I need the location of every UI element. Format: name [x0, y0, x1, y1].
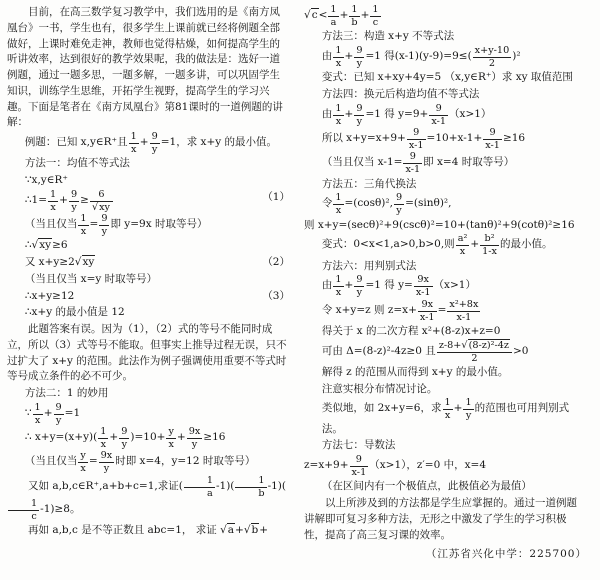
fraction: 1a	[328, 5, 338, 28]
fraction: 1b	[349, 5, 359, 28]
text-line: 则 x+y=(secθ)²+9(cscθ)²=10+(tanθ)²+9(cotθ…	[304, 218, 587, 234]
text-line: 令 x+y=z 则 z=x+9xx-1=x²+8xx-1	[322, 300, 587, 323]
text-line: 此题答案有误。因为（1），（2）式的等号不能同时成立，所以（3）式等号不能取。但…	[7, 322, 290, 385]
fraction: x+y-102	[473, 46, 512, 69]
fraction: 1a	[184, 476, 215, 499]
fraction: 9y	[150, 132, 160, 155]
text-line: （当且仅当 x=y 时取等号）	[25, 272, 290, 288]
fraction: 1x	[333, 104, 343, 127]
fraction: yx	[166, 427, 175, 450]
text-line: 又如 a,b,c∈R⁺,a+b+c=1,求证(1a-1)(1b-1)(1c-1)…	[7, 476, 290, 523]
text-line: ∵x,y∈R⁺	[25, 173, 290, 189]
fraction: 9xy	[99, 451, 115, 474]
fraction: 9xx-1	[418, 300, 437, 323]
text-line: 方法七：导数法	[322, 438, 587, 454]
fraction: 1c	[370, 5, 380, 28]
fraction: 9xx-1	[414, 275, 433, 298]
radicand: b	[251, 523, 260, 536]
fraction: yx	[78, 451, 87, 474]
text-line: 方法五：三角代换法	[322, 177, 587, 193]
fraction: 9y	[54, 403, 64, 426]
fraction: 9y	[99, 214, 109, 237]
fraction: 1x	[33, 403, 43, 426]
fraction: 1x	[443, 398, 453, 421]
text-line: z=x+9+9x-1（x>1），z′=0 中，x=4	[304, 455, 587, 478]
equation-tag: （3）	[262, 289, 290, 305]
text-line: 可由 Δ=(8-z)²-4z≥0 且z-8+√(8-z)²-4z2>0	[322, 341, 587, 364]
text-line: √c<1a+1b+1c	[304, 5, 587, 28]
text-line: 变式：0<x<1,a>0,b>0,则a²x+b²1-x的最小值。	[322, 234, 587, 257]
fraction: 9x-1	[350, 455, 369, 478]
text-line: ∵1x+9y=1	[25, 403, 290, 426]
text-line: 所以 x+y=x+9+9x-1=10+x-1+9x-1≥16	[322, 128, 587, 151]
text-line: 以上所涉及到的方法都是学生应掌握的。通过一道例题讲解即可复习多种方法，无形之中激…	[304, 496, 587, 543]
text-line: （2）又 x+y≥2√xy	[25, 255, 290, 271]
text-line: 由1x+9y=1 得 y=9xx-1（x>1）	[322, 275, 587, 298]
fraction: 9y	[354, 104, 364, 127]
text-line: 方法二：1 的妙用	[25, 386, 290, 402]
text-line: 由1x+9y=1 得(x-1)(y-9)=9≤(x+y-102)²	[322, 46, 587, 69]
radicand: xy	[38, 238, 52, 251]
text-line: 方法一：均值不等式法	[25, 156, 290, 172]
fraction: 9x-1	[483, 128, 502, 151]
fraction: 9y	[354, 46, 364, 69]
radicand: xy	[82, 255, 96, 268]
fraction: x²+8xx-1	[447, 300, 480, 323]
text-line: （当且仅当1x=9y即 y=9x 时取等号）	[25, 214, 290, 237]
text-line: 由1x+9y=1 得 y=9+9x-1（x>1）	[322, 104, 587, 127]
fraction: 1x	[98, 427, 108, 450]
fraction: 1x	[129, 132, 139, 155]
radicand: a	[227, 523, 235, 536]
text-line: 方法六：用判别式法	[322, 259, 587, 275]
text-line: 目前，在高三数学复习教学中，我们选用的是《南方凤凰台》一书，学生也有，很多学生上…	[7, 5, 290, 131]
radicand: (8-z)²-4z	[468, 339, 510, 351]
text-line: 令1x=(cosθ)²,9y=(sinθ)²,	[322, 193, 587, 216]
fraction: 9x-1	[429, 104, 448, 127]
text-line: 方法三：构造 x+y 不等式法	[322, 29, 587, 45]
equation-tag: （2）	[262, 255, 290, 271]
left-column: 目前，在高三数学复习教学中，我们选用的是《南方凤凰台》一书，学生也有，很多学生上…	[7, 5, 290, 576]
text-line: （1）∴1=1x+9y≥6√xy	[25, 190, 290, 213]
fraction: z-8+√(8-z)²-4z2	[437, 341, 512, 364]
text-line: （3）∴x+y≥12	[25, 289, 290, 305]
document-page: 目前，在高三数学复习教学中，我们选用的是《南方凤凰台》一书，学生也有，很多学生上…	[0, 0, 600, 580]
text-line: ∴ x+y=(x+y)(1x+9y)=10+yx+9xy≥16	[25, 427, 290, 450]
fraction: 1x	[333, 193, 343, 216]
text-line: 类似地，如 2x+y=6，求1x+1y的范围也可用判别式法。	[322, 398, 587, 437]
fraction: 1x	[78, 214, 88, 237]
equation-tag: （1）	[262, 190, 290, 206]
text-line: 注意实根分布情况讨论。	[322, 382, 587, 398]
fraction: 9y	[69, 190, 79, 213]
fraction: 9x-1	[407, 128, 426, 151]
text-line: 例题：已知 x,y∈R⁺且1x+9y=1，求 x+y 的最小值。	[25, 132, 290, 155]
text-line: （江苏省兴化中学：225700）	[304, 547, 587, 563]
text-line: ∴x+y 的最小值是 12	[25, 305, 290, 321]
fraction: 6√xy	[90, 190, 113, 213]
text-line: 方法四：换元后构造均值不等式法	[322, 87, 587, 103]
text-line: ∴√xy≥6	[25, 238, 290, 254]
fraction: 9xy	[187, 427, 203, 450]
right-column: √c<1a+1b+1c方法三：构造 x+y 不等式法由1x+9y=1 得(x-1…	[304, 5, 587, 576]
fraction: 1b	[235, 476, 266, 499]
fraction: 9y	[354, 275, 364, 298]
radicand: xy	[98, 201, 111, 213]
fraction: a²x	[456, 234, 470, 257]
fraction: 1x	[333, 46, 343, 69]
text-line: 变式：已知 x+xy+4y=5 （x,y∈R⁺）求 xy 取值范围	[322, 70, 587, 86]
fraction: 1c	[8, 499, 39, 522]
fraction: 1x	[333, 275, 343, 298]
text-line: （当且仅当 x-1=9x-1即 x=4 时取等号）	[322, 152, 587, 175]
fraction: 1y	[463, 398, 473, 421]
text-line: （在区间内有一个极值点，此极值必为最值）	[322, 479, 587, 495]
text-line: 得关于 x 的二次方程 x²+(8-z)x+z=0	[322, 324, 587, 340]
radicand: c	[311, 8, 319, 21]
fraction: 9y	[394, 193, 404, 216]
fraction: 9y	[119, 427, 129, 450]
text-line: 再如 a,b,c 是不等正数且 abc=1， 求证 √a+√b+	[7, 523, 290, 539]
text-line: （当且仅当yx=9xy时即 x=4，y=12 时取等号）	[25, 451, 290, 474]
fraction: b²1-x	[480, 234, 499, 257]
fraction: 1x	[48, 190, 58, 213]
text-line: 解得 z 的范围从而得到 x+y 的最小值。	[322, 365, 587, 381]
fraction: 9x-1	[403, 152, 422, 175]
